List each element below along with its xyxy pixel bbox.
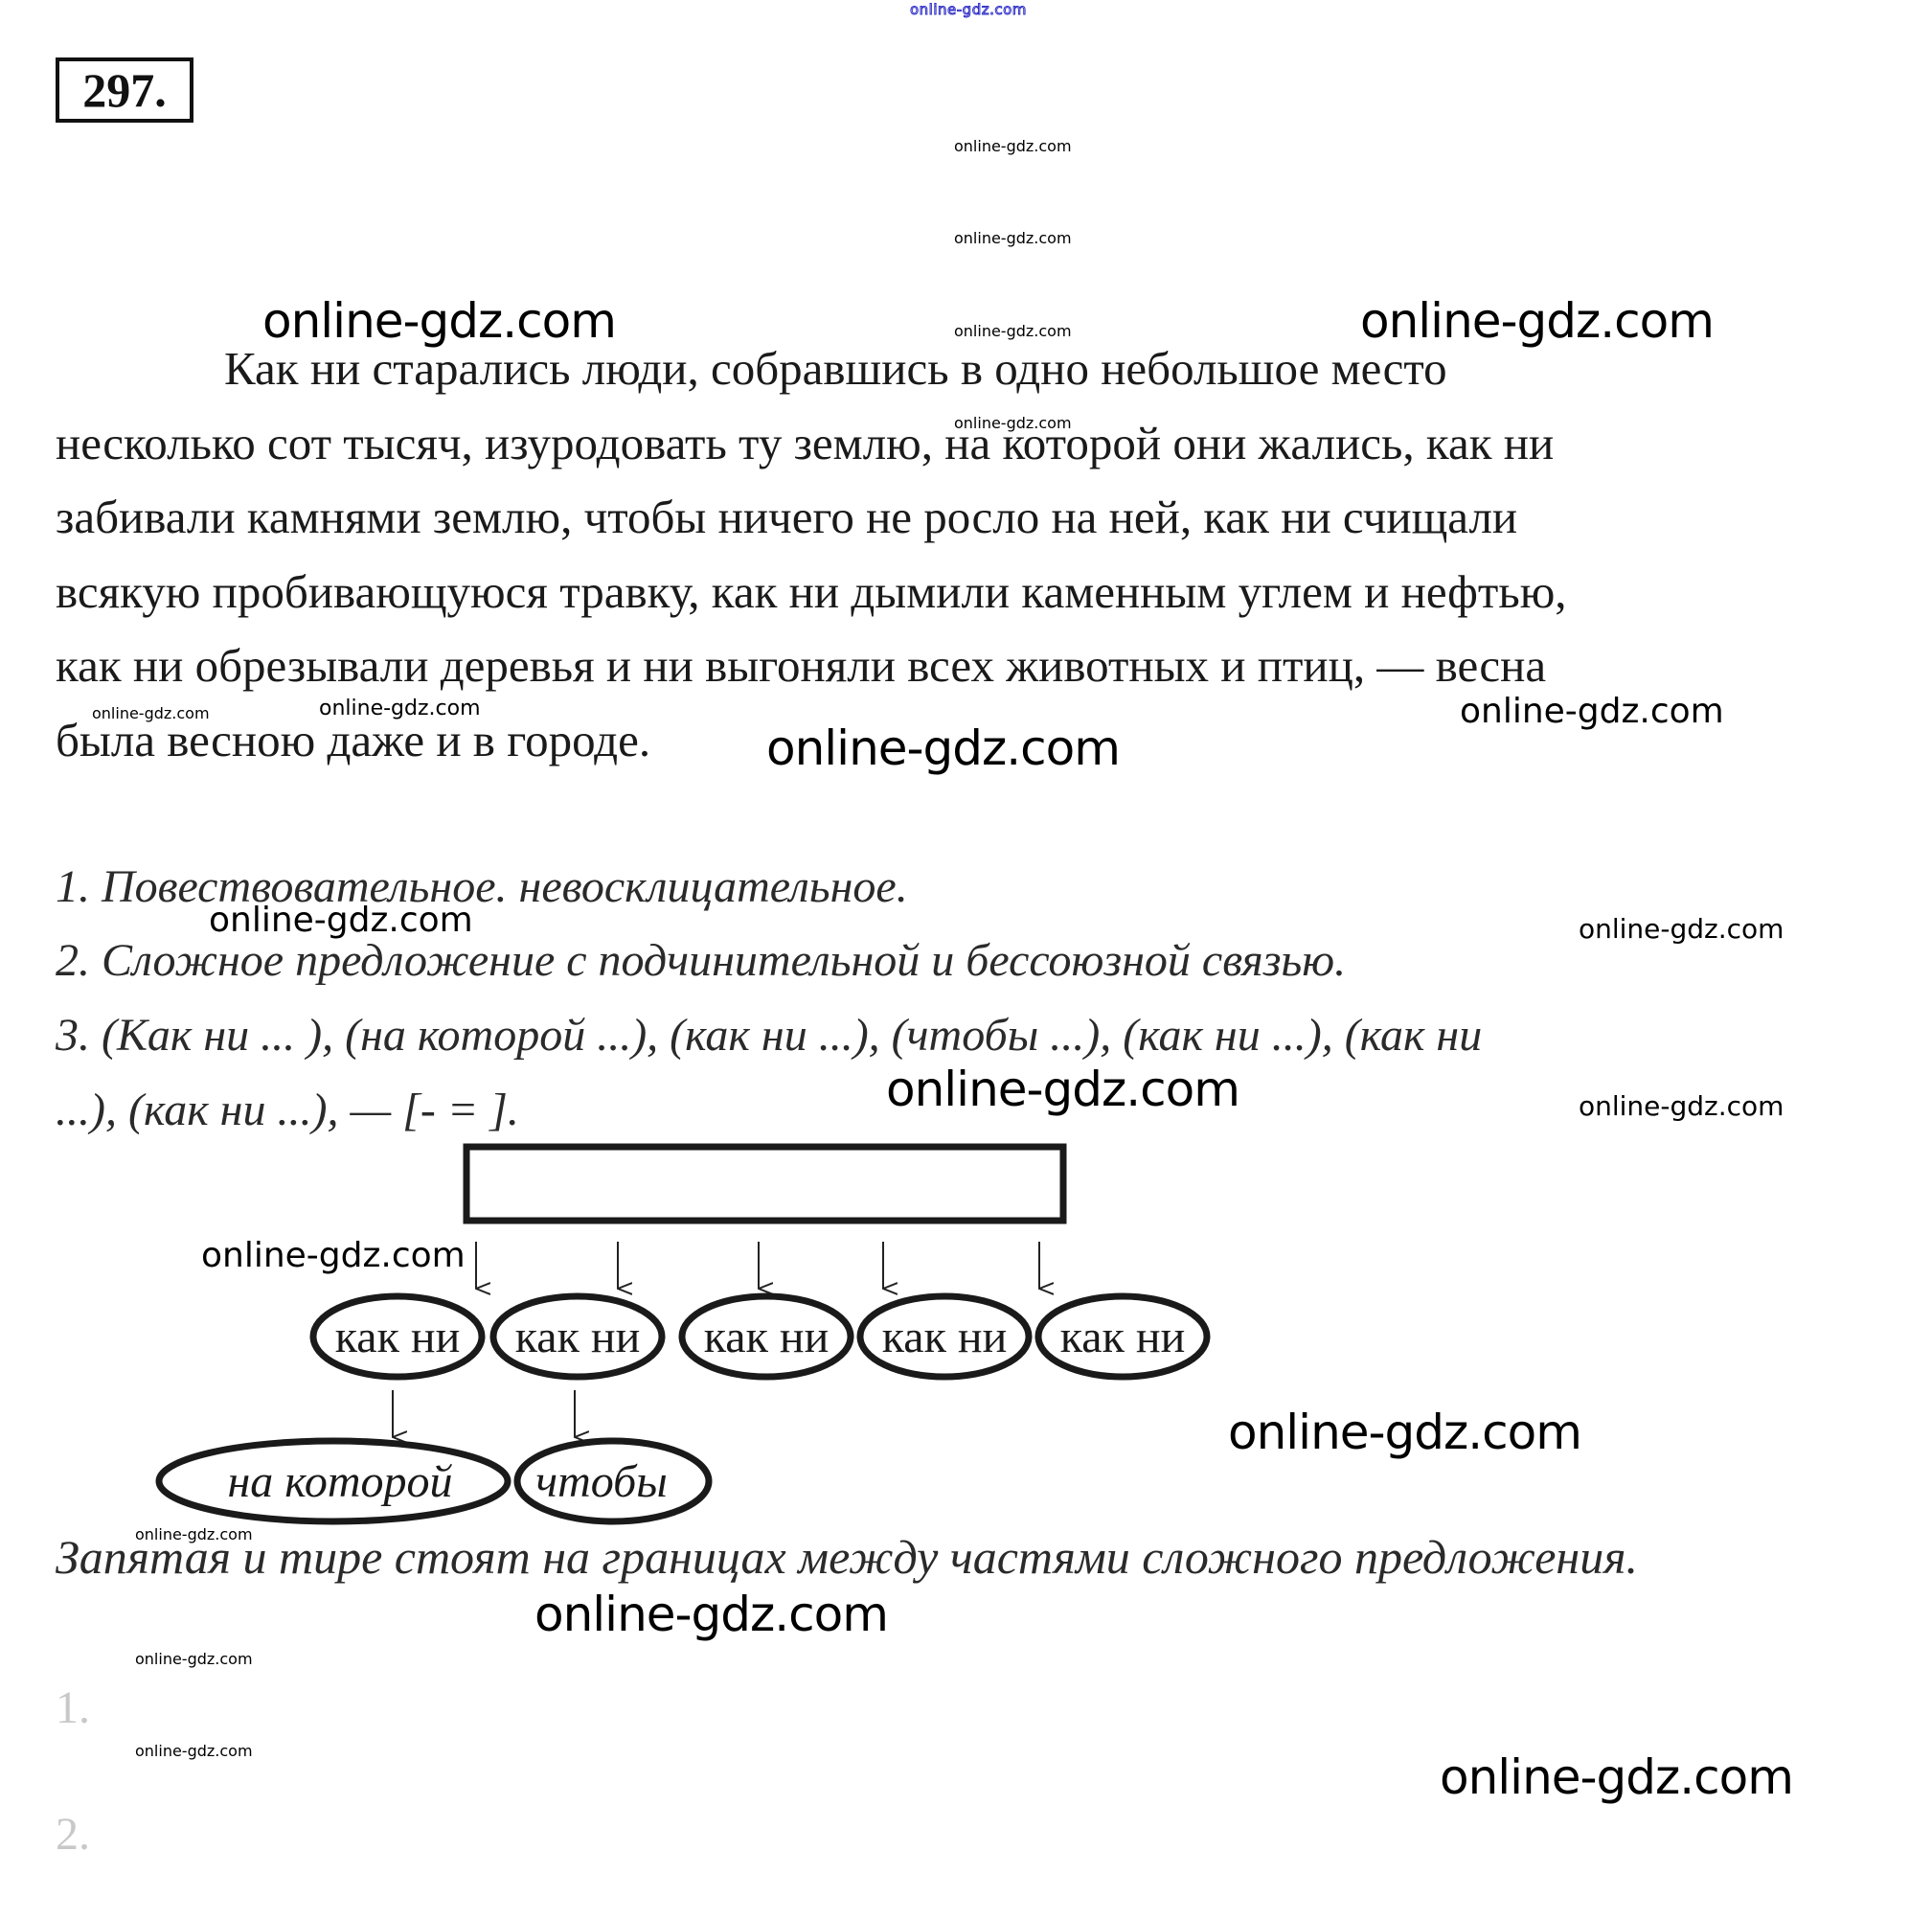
watermark-large: online-gdz.com [1228, 1405, 1581, 1460]
label-kak-ni: как ни [882, 1312, 1008, 1362]
conclusion: Запятая и тире стоят на границах между ч… [56, 1533, 1638, 1581]
arrows-bottom [393, 1390, 575, 1437]
faded-number-2: 2. [56, 1808, 90, 1861]
sentence-diagram: как никак никак никак никак ни на которо… [0, 0, 1932, 1920]
watermark: online-gdz.com [201, 1236, 466, 1275]
label-chtoby: чтобы [535, 1456, 668, 1507]
watermark-large: online-gdz.com [534, 1587, 888, 1642]
label-kak-ni: как ни [335, 1312, 461, 1362]
label-kak-ni: как ни [1060, 1312, 1186, 1362]
faded-number-1: 1. [56, 1681, 90, 1734]
label-na-kotoroy: на которой [227, 1456, 452, 1507]
label-kak-ni: как ни [704, 1312, 830, 1362]
arrows-top [476, 1242, 1039, 1289]
watermark: online-gdz.com [135, 1742, 253, 1760]
main-clause-box [466, 1147, 1063, 1221]
watermark: online-gdz.com [135, 1650, 253, 1668]
label-kak-ni: как ни [515, 1312, 641, 1362]
watermark-large: online-gdz.com [1440, 1749, 1793, 1805]
